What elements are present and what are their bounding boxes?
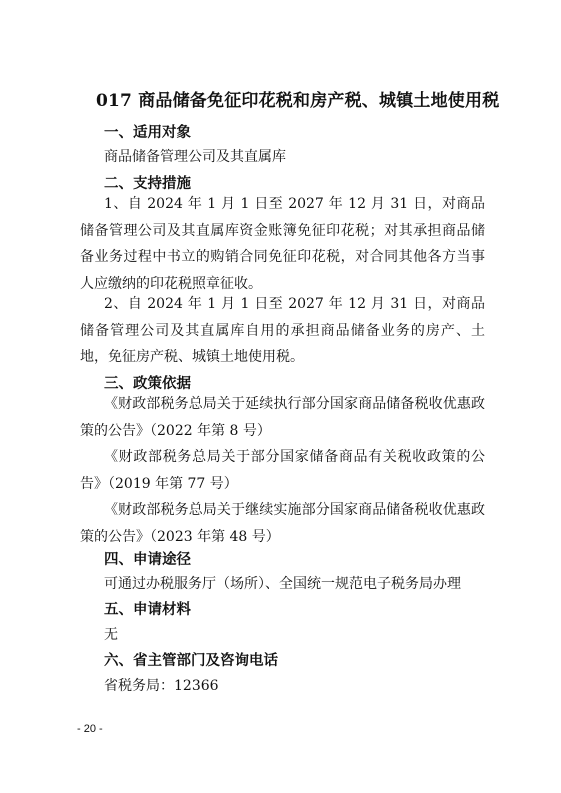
paragraph-measure-1: 1、自 2024 年 1 月 1 日至 2027 年 12 月 31 日，对商品… [80, 191, 485, 297]
section-heading-scope: 一、适用对象 [104, 121, 191, 142]
page-number: - 20 - [77, 723, 103, 735]
section-text-contact: 省税务局：12366 [104, 675, 219, 695]
section-heading-measures: 二、支持措施 [104, 172, 191, 193]
section-heading-channel: 四、申请途径 [104, 548, 191, 569]
paragraph-measure-2: 2、自 2024 年 1 月 1 日至 2027 年 12 月 31 日，对商品… [80, 291, 485, 371]
section-text-channel: 可通过办税服务厅（场所）、全国统一规范电子税务局办理 [104, 573, 461, 593]
section-heading-contact: 六、省主管部门及咨询电话 [104, 649, 278, 670]
document-title: 017 商品储备免征印花税和房产税、城镇土地使用税 [96, 86, 496, 111]
paragraph-basis-3: 《财政部税务总局关于继续实施部分国家商品储备税收优惠政策的公告》（2023 年第… [80, 497, 485, 550]
paragraph-basis-1: 《财政部税务总局关于延续执行部分国家商品储备税收优惠政策的公告》（2022 年第… [80, 391, 485, 444]
section-text-scope: 商品储备管理公司及其直属库 [104, 146, 286, 166]
section-text-materials: 无 [104, 624, 118, 644]
section-heading-materials: 五、申请材料 [104, 598, 191, 619]
paragraph-basis-2: 《财政部税务总局关于部分国家储备商品有关税收政策的公告》（2019 年第 77 … [80, 444, 485, 497]
section-heading-basis: 三、政策依据 [104, 372, 191, 393]
